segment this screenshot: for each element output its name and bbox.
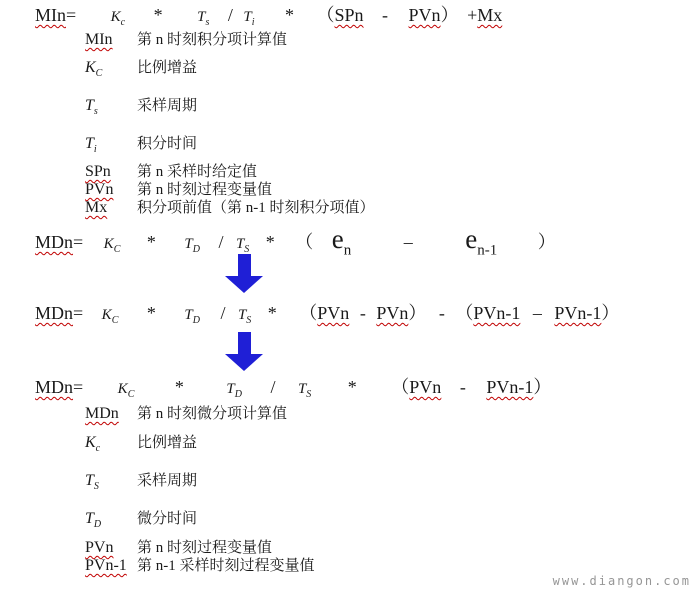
def-label-pvn-1: PVn-1 xyxy=(85,556,127,576)
definition-row: PVn-1 第 n-1 采样时刻过程变量值 xyxy=(0,556,695,576)
term-ts: TS xyxy=(298,381,311,397)
def-text: 第 n 时刻过程变量值 xyxy=(137,180,272,200)
formula-derivative-expanded: MDn= KC * TD / TS * （PVn - PVn） - （PVn-1… xyxy=(35,301,619,327)
def-label-kc: Kc xyxy=(85,433,100,453)
equals-sign: = xyxy=(66,3,76,27)
term-ti: Ti xyxy=(243,9,254,25)
def-text: 第 n 采样时给定值 xyxy=(137,162,257,182)
minus-sign: – xyxy=(404,230,413,254)
definition-row: TS 采样周期 xyxy=(0,471,695,491)
def-label-pvn: PVn xyxy=(85,538,113,558)
close-paren: ） xyxy=(441,3,459,27)
definition-row: PVn 第 n 时刻过程变量值 xyxy=(0,538,695,558)
minus-sign: - xyxy=(382,3,388,27)
divide-sign: / xyxy=(228,3,233,27)
multiply-sign: * xyxy=(285,3,294,27)
equals-sign: = xyxy=(73,375,83,399)
definition-row: Kc 比例增益 xyxy=(0,433,695,453)
close-paren: ） xyxy=(408,301,426,325)
definition-row: Ts 采样周期 xyxy=(0,96,695,116)
def-label-pvn: PVn xyxy=(85,180,113,200)
def-text: 第 n 时刻积分项计算值 xyxy=(137,30,287,50)
multiply-sign: * xyxy=(268,301,277,325)
def-label-ts: Ts xyxy=(85,96,98,116)
arrow-head xyxy=(225,354,263,371)
definition-row: KC 比例增益 xyxy=(0,58,695,78)
close-paren: ） xyxy=(601,301,619,325)
minus-sign: - xyxy=(460,375,466,399)
term-en: en xyxy=(332,228,351,250)
term-kc: KC xyxy=(104,236,121,252)
arrow-stem xyxy=(238,332,251,354)
term-mdn: MDn xyxy=(35,375,73,399)
open-paren: （ xyxy=(317,3,335,27)
def-text: 采样周期 xyxy=(137,471,197,491)
formula-integral: MIn= Kc * Ts / Ti * （SPn - PVn） +Mx xyxy=(35,3,502,29)
def-text: 比例增益 xyxy=(137,58,197,78)
minus-sign: - xyxy=(439,301,445,325)
def-text: 第 n 时刻微分项计算值 xyxy=(137,404,287,424)
def-label-mx: Mx xyxy=(85,198,107,218)
term-pvn: PVn xyxy=(376,301,408,325)
term-td: TD xyxy=(184,236,200,252)
def-label-mdn: MDn xyxy=(85,404,119,424)
term-ts: TS xyxy=(238,307,251,323)
def-text: 第 n-1 采样时刻过程变量值 xyxy=(137,556,315,576)
term-kc: KC xyxy=(102,307,119,323)
plus-sign: + xyxy=(467,3,477,27)
term-mdn: MDn xyxy=(35,301,73,325)
term-en-1: en-1 xyxy=(465,228,497,250)
term-td: TD xyxy=(226,381,242,397)
document-page: MIn= Kc * Ts / Ti * （SPn - PVn） +Mx MIn … xyxy=(0,0,695,596)
definition-row: Ti 积分时间 xyxy=(0,134,695,154)
def-text: 采样周期 xyxy=(137,96,197,116)
multiply-sign: * xyxy=(154,3,163,27)
def-text: 积分项前值（第 n-1 时刻积分项值） xyxy=(137,198,375,218)
term-spn: SPn xyxy=(335,3,364,27)
term-pvn-1: PVn-1 xyxy=(554,301,601,325)
definition-row: TD 微分时间 xyxy=(0,509,695,529)
multiply-sign: * xyxy=(147,301,156,325)
multiply-sign: * xyxy=(348,375,357,399)
term-mx: Mx xyxy=(477,3,502,27)
divide-sign: / xyxy=(220,301,225,325)
term-ts: Ts xyxy=(197,9,209,25)
multiply-sign: * xyxy=(175,375,184,399)
open-paren: （ xyxy=(299,301,317,325)
open-paren: （ xyxy=(295,230,313,254)
definition-row: Mx 积分项前值（第 n-1 时刻积分项值） xyxy=(0,198,695,218)
arrow-head xyxy=(225,276,263,293)
equals-sign: = xyxy=(73,230,83,254)
formula-derivative-simplified: MDn= KC * TD / TS * （PVn - PVn-1） xyxy=(35,375,551,401)
def-label-ti: Ti xyxy=(85,134,97,154)
multiply-sign: * xyxy=(147,230,156,254)
term-pvn-1: PVn-1 xyxy=(473,301,520,325)
definition-row: PVn 第 n 时刻过程变量值 xyxy=(0,180,695,200)
def-label-td: TD xyxy=(85,509,101,529)
def-label-spn: SPn xyxy=(85,162,111,182)
close-paren: ） xyxy=(538,230,556,254)
def-label-min: MIn xyxy=(85,30,113,50)
term-mdn: MDn xyxy=(35,230,73,254)
equals-sign: = xyxy=(73,301,83,325)
definition-row: MIn 第 n 时刻积分项计算值 xyxy=(0,30,695,50)
definition-row: MDn 第 n 时刻微分项计算值 xyxy=(0,404,695,424)
term-min: MIn xyxy=(35,3,66,27)
down-arrow-icon xyxy=(225,254,263,293)
def-text: 积分时间 xyxy=(137,134,197,154)
term-kc: KC xyxy=(118,381,135,397)
arrow-stem xyxy=(238,254,251,276)
def-text: 比例增益 xyxy=(137,433,197,453)
term-ts: TS xyxy=(236,236,249,252)
minus-sign: - xyxy=(360,301,366,325)
def-label-ts: TS xyxy=(85,471,99,491)
formula-derivative-e: MDn= KC * TD / TS * （ en – en-1 ） xyxy=(35,228,556,256)
watermark-text: www.diangon.com xyxy=(553,574,691,588)
def-label-kc: KC xyxy=(85,58,102,78)
term-pvn: PVn xyxy=(409,375,441,399)
divide-sign: / xyxy=(270,375,275,399)
open-paren: （ xyxy=(391,375,409,399)
term-pvn: PVn xyxy=(317,301,349,325)
close-paren: ） xyxy=(533,375,551,399)
open-paren: （ xyxy=(455,301,473,325)
term-pvn-1: PVn-1 xyxy=(486,375,533,399)
def-text: 第 n 时刻过程变量值 xyxy=(137,538,272,558)
term-pvn: PVn xyxy=(409,3,441,27)
term-td: TD xyxy=(184,307,200,323)
definition-row: SPn 第 n 采样时给定值 xyxy=(0,162,695,182)
term-kc: Kc xyxy=(111,9,125,25)
multiply-sign: * xyxy=(266,230,275,254)
down-arrow-icon xyxy=(225,332,263,371)
divide-sign: / xyxy=(218,230,223,254)
def-text: 微分时间 xyxy=(137,509,197,529)
minus-sign: – xyxy=(533,301,542,325)
